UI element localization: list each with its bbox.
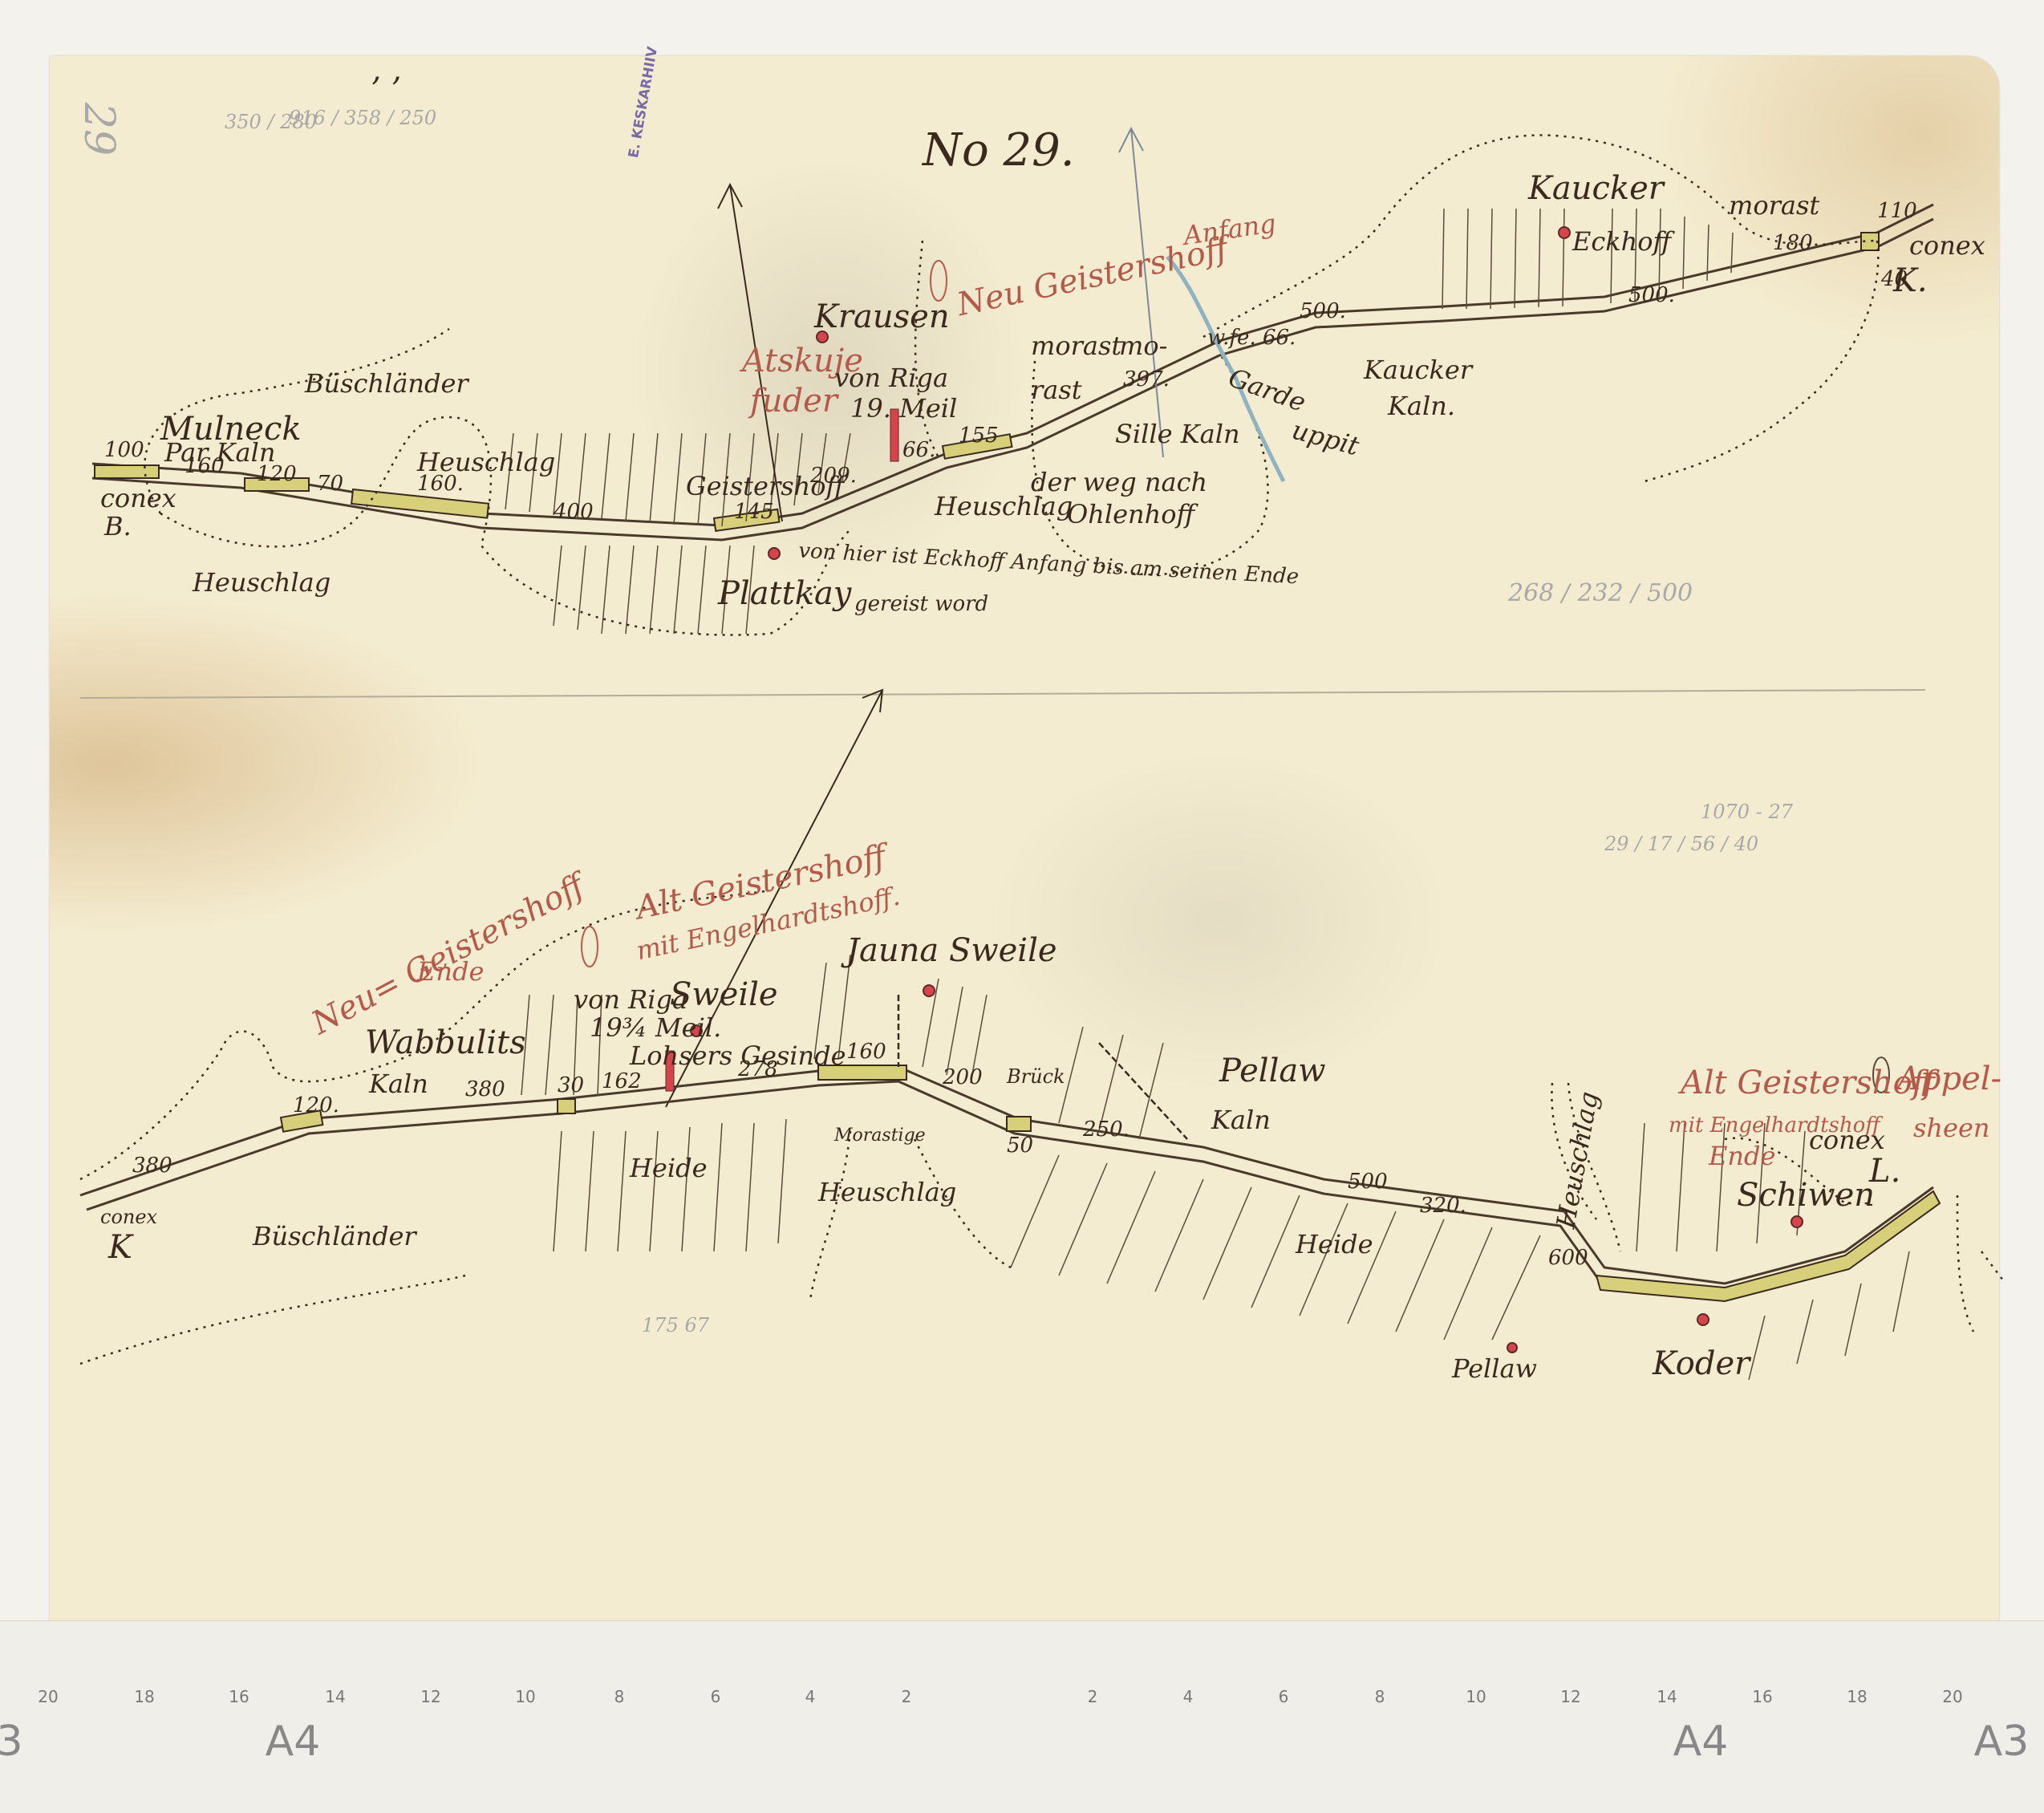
label-heuschlag-lower: Heuschlag: [818, 1179, 956, 1205]
pencil-note: 1070 - 27: [1701, 802, 1793, 821]
label-sille-kaln: Sille Kaln: [1115, 421, 1240, 447]
ruler-number: 16: [229, 1687, 249, 1706]
divider-line: [80, 690, 1925, 698]
distance-label: 278: [738, 1059, 778, 1080]
label-morast: morast: [1031, 333, 1121, 359]
ruler-number: 14: [325, 1687, 345, 1706]
distance-label: w.fe. 66.: [1207, 327, 1296, 348]
distance-label: 50: [1007, 1135, 1033, 1156]
ruler-number: 10: [515, 1687, 535, 1706]
settlement-dot-kaucker: [1559, 227, 1570, 238]
distance-label: 380: [465, 1079, 505, 1100]
ruler-number: 2: [1088, 1687, 1098, 1706]
ruler-number: 12: [420, 1687, 440, 1706]
label-kaucker-kaln: Kaucker: [1364, 357, 1472, 383]
distance-label: 110: [1877, 201, 1917, 221]
bridge-segment: [95, 465, 159, 478]
label-eckhoff: Eckhoff: [1572, 229, 1671, 254]
label-conex-left-lower: conex: [100, 1207, 157, 1227]
label-pellaw: Pellaw: [1452, 1356, 1537, 1381]
ruler-number: 18: [1847, 1687, 1867, 1706]
label-riga-miles-lower: 19¾ Meil.: [590, 1015, 721, 1040]
pencil-note: 175 67: [642, 1316, 709, 1335]
label-pellaw-kaln: Pellaw: [1219, 1055, 1325, 1087]
distance-label: 120.: [293, 1095, 339, 1116]
distance-label: 180: [1773, 233, 1813, 253]
label-plattkay: Plattkay: [718, 578, 851, 610]
label-heide: Heide: [1296, 1231, 1373, 1257]
label-der-weg-nach: der weg nach: [1031, 469, 1207, 495]
distance-label: 400: [554, 501, 594, 522]
label-appelsheen-2: sheen: [1913, 1115, 1990, 1141]
distance-label: 162: [602, 1071, 642, 1092]
distance-label: 397.: [1123, 369, 1170, 390]
ruler-number: 8: [614, 1687, 625, 1706]
label-kaln-2: Kaln: [1211, 1107, 1271, 1133]
distance-label: 100: [104, 440, 144, 460]
distance-label: 160: [846, 1041, 886, 1062]
distance-label: 70: [317, 473, 343, 494]
settlement-dot-koder: [1697, 1314, 1709, 1325]
settlement-dot-plattkay: [769, 548, 780, 559]
label-appelsheen: Appel-: [1897, 1063, 2001, 1095]
label-wabbulits: Wabbulits: [365, 1027, 526, 1059]
ruler-format-label: A3: [1974, 1718, 2030, 1766]
ruler-number: 4: [1183, 1687, 1194, 1706]
distance-label: 40: [1881, 269, 1908, 290]
label-ende-2: Ende: [1709, 1143, 1775, 1169]
distance-label: 160.: [417, 473, 464, 494]
lower-road: [80, 1065, 1940, 1301]
label-heuschlag: Heuschlag: [193, 570, 331, 595]
label-conex-right: conex: [1909, 233, 1985, 258]
label-von-riga: von Riga: [834, 365, 948, 391]
distance-label: 320.: [1420, 1195, 1466, 1216]
ruler-number: 16: [1752, 1687, 1772, 1706]
ruler-number: 6: [1279, 1687, 1289, 1706]
pencil-note: 916 / 358 / 250: [289, 108, 436, 128]
label-riga-miles: 19. Meil: [850, 395, 957, 421]
distance-label: 30: [558, 1075, 584, 1096]
distance-label: 155: [959, 425, 999, 446]
boundary-sign-icon: [582, 927, 598, 967]
label-conex-left-letter-lower: K: [108, 1231, 132, 1263]
pencil-note: 29 / 17 / 56 / 40: [1604, 834, 1758, 854]
distance-label: 200: [943, 1067, 983, 1088]
label-conex-right-lower: conex: [1809, 1127, 1885, 1153]
label-kaucker-kaln-2: Kaln.: [1388, 393, 1455, 419]
label-heide: Heide: [630, 1155, 708, 1181]
label-morast-right: morast: [1729, 193, 1819, 218]
distance-label: 500: [1348, 1171, 1388, 1192]
label-morast-2: mo-: [1119, 333, 1167, 359]
label-sweile: Sweile: [670, 979, 778, 1011]
distance-label: 160: [185, 456, 225, 477]
distance-label: 145: [734, 501, 774, 522]
map-scan: No 29. 29 ’ ’ E. KESKARHIIV Mulneck Par …: [0, 0, 2044, 1813]
ruler-number: 18: [134, 1687, 154, 1706]
label-conex-left-letter: B.: [104, 513, 132, 539]
distance-label: 120: [257, 464, 297, 485]
ruler-format-label: A4: [1673, 1718, 1729, 1766]
distance-label: 250.: [1083, 1119, 1129, 1140]
label-ende: Ende: [417, 959, 484, 984]
pencil-page-number: 29: [78, 103, 120, 156]
ruler-number: 8: [1375, 1687, 1385, 1706]
scale-ruler: 20 18 16 14 12 10 8 6 4 2 2 4 6 8 10 12 …: [0, 1620, 2044, 1813]
ruler-number: 6: [711, 1687, 721, 1706]
label-rast: rast: [1031, 377, 1082, 403]
distance-label: 209.: [810, 465, 857, 486]
distance-label: 380: [132, 1155, 172, 1176]
ruler-number: 20: [38, 1687, 58, 1706]
label-krausen: Krausen: [814, 301, 950, 333]
ruler-number: 2: [902, 1687, 912, 1706]
distance-label: 66.: [902, 440, 935, 460]
distance-label: 500.: [1628, 285, 1675, 306]
label-ohlenhoff: Ohlenhoff: [1067, 501, 1194, 527]
ruler-number: 4: [805, 1687, 816, 1706]
ruler-format-label: A4: [266, 1718, 321, 1766]
ruler-number: 10: [1466, 1687, 1486, 1706]
ruler-number: 14: [1657, 1687, 1677, 1706]
settlement-dot-schiwen: [1791, 1216, 1803, 1227]
label-schiwen: Schiwen: [1737, 1179, 1875, 1211]
note-gereist: gereist word: [854, 594, 988, 614]
distance-label: 600: [1548, 1247, 1588, 1268]
label-fuder: fuder: [750, 385, 837, 417]
label-bruck: Brück: [1007, 1067, 1065, 1086]
settlement-dot-jauna-sweile: [923, 985, 935, 996]
label-buschlander: Büschländer: [305, 371, 468, 396]
distance-label: 500.: [1300, 301, 1346, 322]
pencil-note: 268 / 232 / 500: [1508, 582, 1693, 606]
ruler-format-label: 3: [0, 1718, 23, 1766]
sheet-title: No 29.: [923, 128, 1075, 173]
boundary-sign-icon: [931, 261, 947, 301]
ruler-number: 12: [1560, 1687, 1580, 1706]
top-marks: ’ ’: [371, 74, 401, 106]
label-kaucker: Kaucker: [1528, 172, 1664, 205]
label-koder: Koder: [1653, 1348, 1750, 1380]
bridge-segment: [1007, 1117, 1031, 1131]
label-conex-left: conex: [100, 485, 176, 511]
label-jauna-sweile: Jauna Sweile: [846, 935, 1057, 967]
bridge-segment: [558, 1099, 575, 1113]
label-buschlander-lower: Büschländer: [253, 1223, 416, 1249]
ruler-number: 20: [1942, 1687, 1962, 1706]
label-morastige: Morastige: [834, 1127, 926, 1145]
label-kaln: Kaln: [369, 1071, 428, 1097]
settlement-dot-pellaw: [1507, 1343, 1517, 1353]
